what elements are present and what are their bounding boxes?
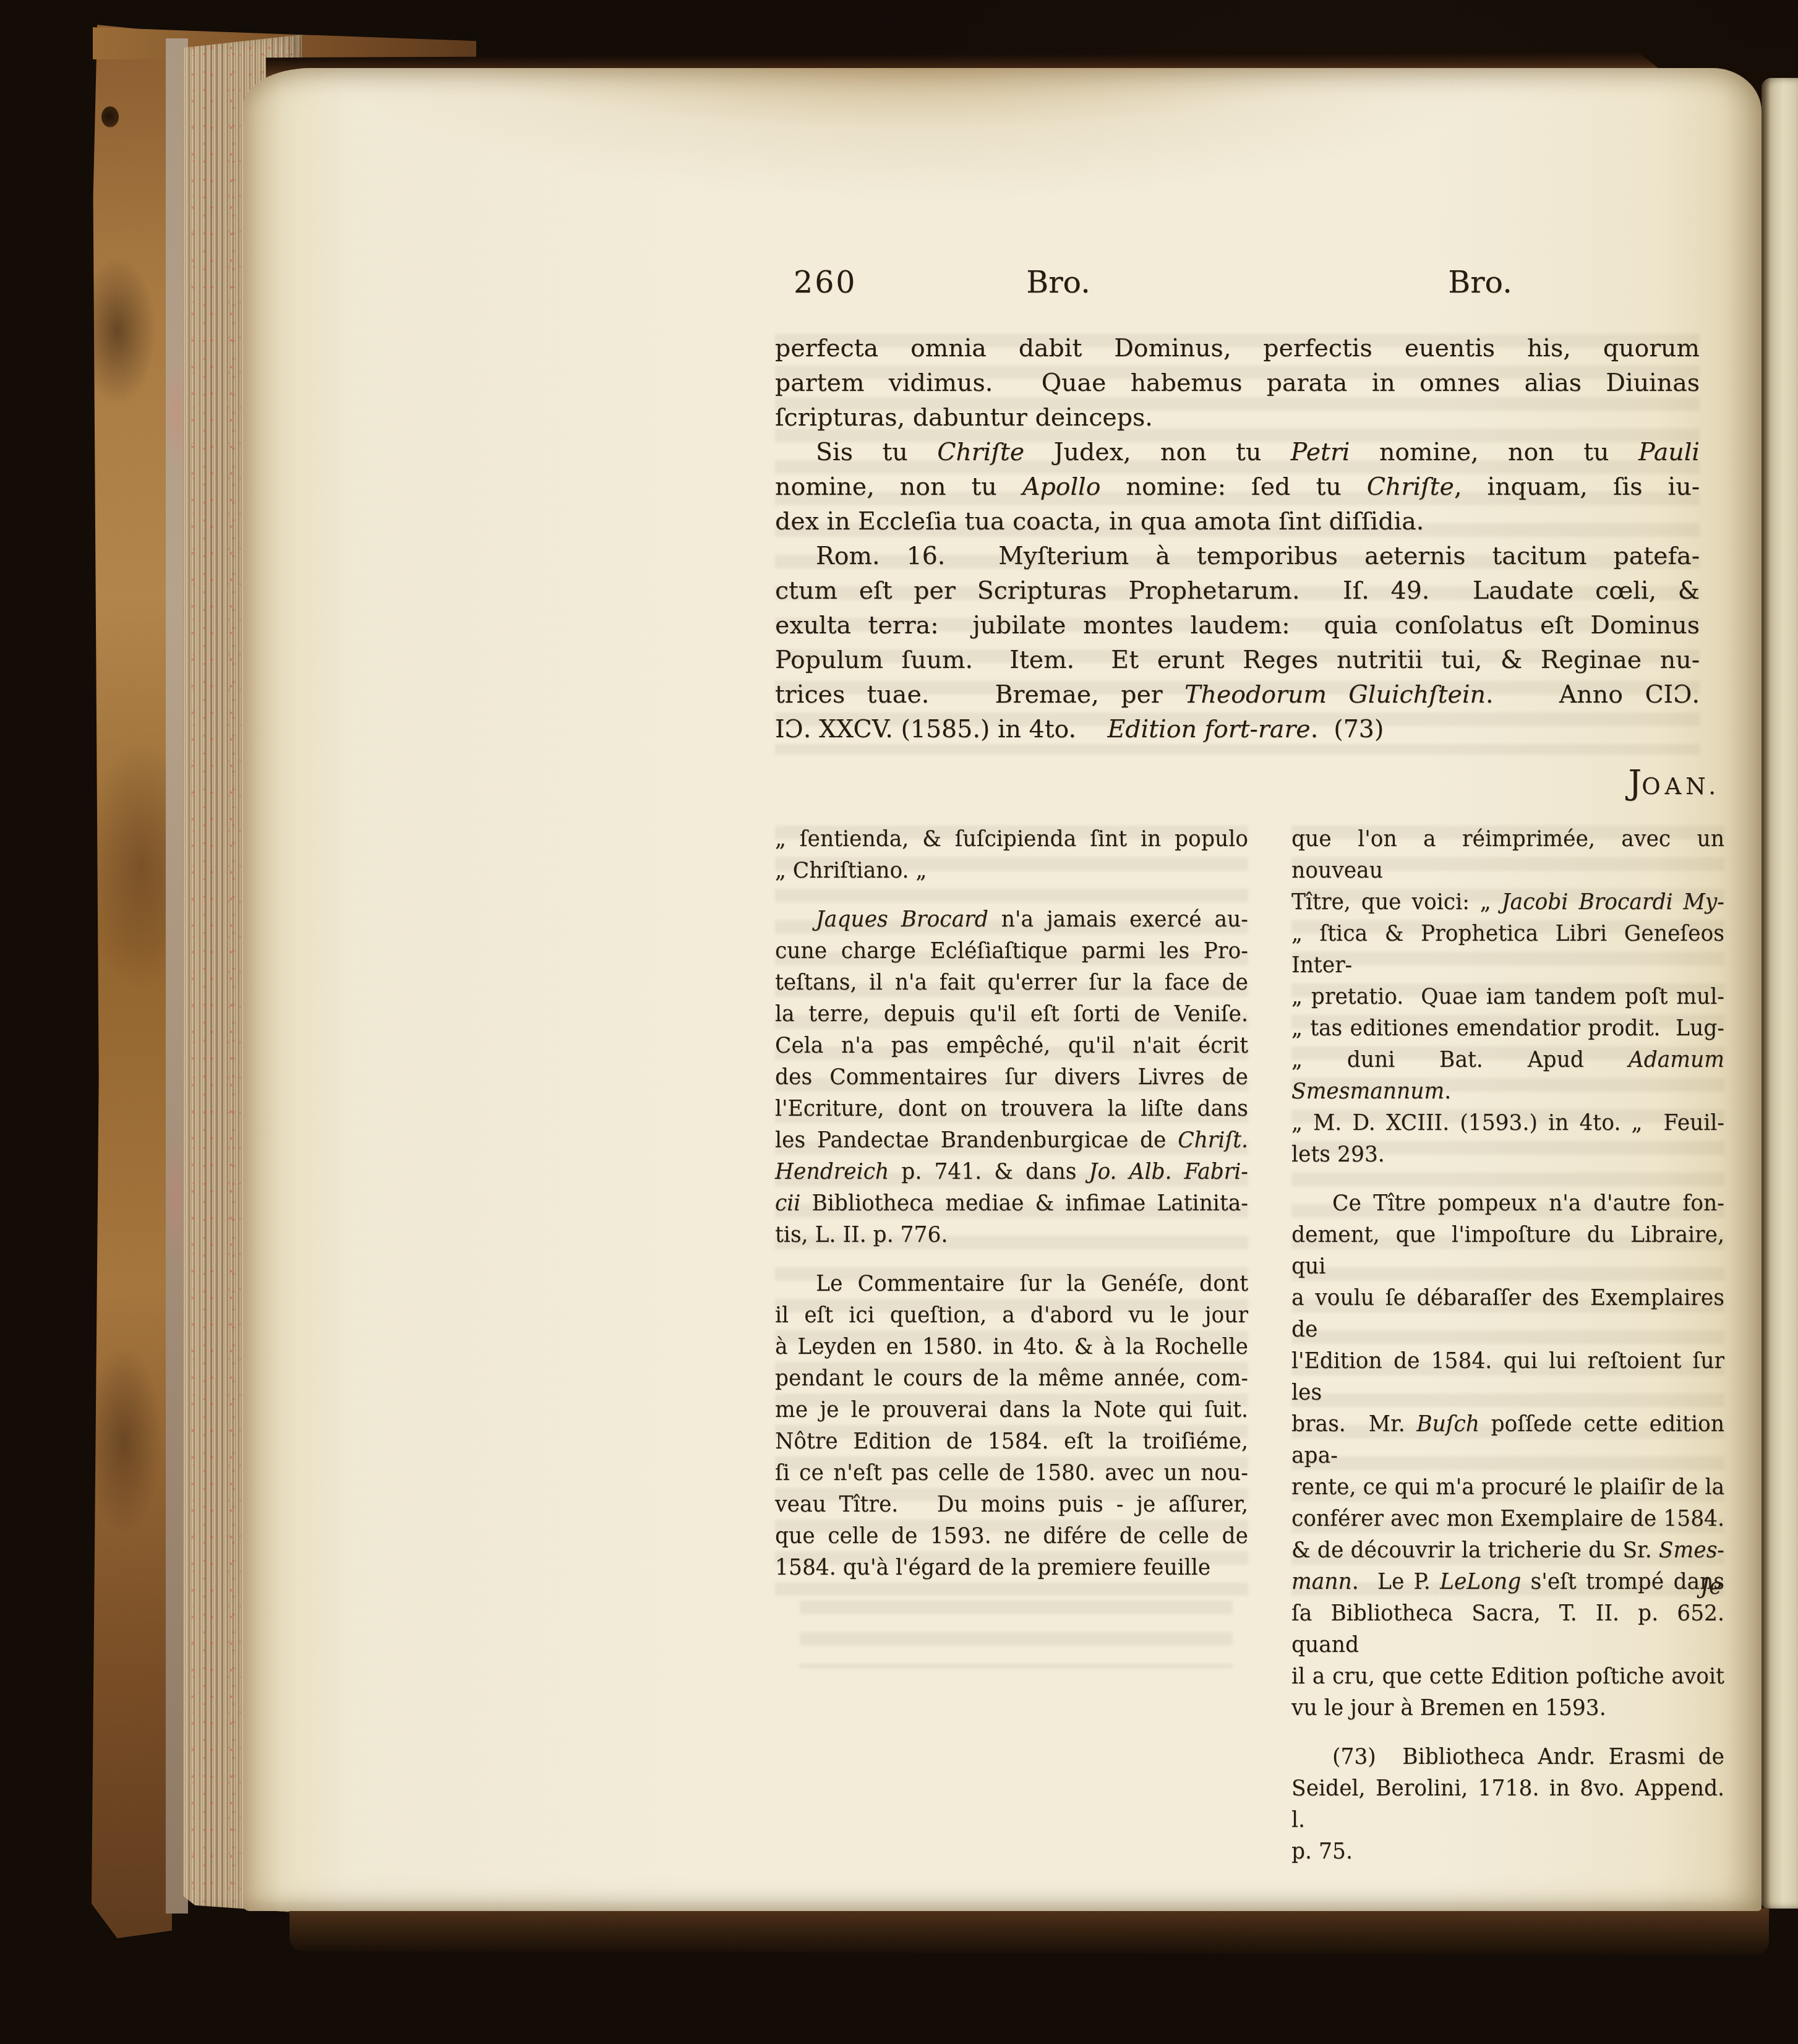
paragraph: Ce Tître pompeux n'a d'autre fon-dement,… <box>1291 1188 1724 1724</box>
text-segment: perfecta omnia dabit Dominus, perfectis … <box>775 334 1700 362</box>
text-segment: lets 293. <box>1291 1142 1385 1167</box>
text-line: „ duni Bat. Apud Adamum Smesmannum. <box>1291 1045 1724 1108</box>
text-line: vu le jour à Bremen en 1593. <box>1291 1693 1724 1724</box>
text-line: nomine, non tu Apollo nomine: ſed tu Chr… <box>775 469 1700 504</box>
text-segment: Jacobi Brocardi My- <box>1502 890 1724 915</box>
text-line: (73) Bibliotheca Andr. Erasmi de <box>1291 1742 1724 1773</box>
text-line: Le Commentaire ſur la Genéſe, dont <box>775 1268 1248 1300</box>
text-line: „ ſentienda, & ſuſcipienda ſint in popul… <box>775 824 1248 855</box>
text-segment: a voulu ſe débaraſſer des Exemplaires de <box>1291 1286 1724 1342</box>
text-segment: Rom. 16. Myſterium à temporibus aeternis… <box>816 542 1700 570</box>
text-line: partem vidimus. Quae habemus parata in o… <box>775 366 1700 400</box>
text-line: Nôtre Edition de 1584. eſt la troiſiéme, <box>775 1426 1248 1458</box>
text-segment: cune charge Ecléſiaſtique parmi les Pro- <box>775 939 1248 964</box>
text-line: „ pretatio. Quae iam tandem poſt mul- <box>1291 981 1724 1013</box>
next-entry-heading: JOAN. <box>775 763 1720 802</box>
text-line: 1584. qu'à l'égard de la premiere feuill… <box>775 1552 1248 1584</box>
text-segment: la terre, depuis qu'il eſt ſorti de Veni… <box>775 1002 1248 1027</box>
text-line: trices tuae. Bremae, per Theodorum Gluic… <box>775 677 1700 712</box>
book-cover-leather-edge <box>92 25 172 1938</box>
text-segment: nomine, non tu <box>1350 438 1638 466</box>
text-segment: ſi ce n'eſt pas celle de 1580. avec un n… <box>775 1461 1248 1486</box>
text-segment: Jo. Alb. Fabri- <box>1089 1160 1248 1184</box>
text-line: „ ſtica & Prophetica Libri Geneſeos Inte… <box>1291 918 1724 981</box>
text-line: l'Ecriture, dont on trouvera la liſte da… <box>775 1093 1248 1125</box>
text-segment: Bibliotheca mediae & infimae Latinita- <box>800 1191 1248 1216</box>
text-segment: Judex, non tu <box>1024 438 1291 466</box>
text-segment: , inquam, ſis iu- <box>1454 473 1700 501</box>
text-line: Rom. 16. Myſterium à temporibus aeternis… <box>775 539 1700 573</box>
text-line: les Pandectae Brandenburgicae de Chriſt. <box>775 1125 1248 1157</box>
text-segment: bras. Mr. <box>1291 1412 1416 1437</box>
text-segment: il a cru, que cette Edition poſtiche avo… <box>1291 1664 1724 1689</box>
text-segment: cii <box>775 1191 800 1216</box>
text-segment: conférer avec mon Exemplaire de 1584. <box>1291 1507 1724 1531</box>
catchword: Je <box>1291 1575 1722 1599</box>
text-segment: „ ſentienda, & ſuſcipienda ſint in popul… <box>775 827 1248 852</box>
text-line: Seidel, Berolini, 1718. in 8vo. Append. … <box>1291 1773 1724 1836</box>
text-segment: trices tuae. Bremae, per <box>775 680 1184 709</box>
text-line: ſi ce n'eſt pas celle de 1580. avec un n… <box>775 1458 1248 1489</box>
text-line: perfecta omnia dabit Dominus, perfectis … <box>775 331 1700 366</box>
text-line: cii Bibliotheca mediae & infimae Latinit… <box>775 1188 1248 1220</box>
page-header: 260 Bro. Bro. <box>775 265 1727 304</box>
text-line: ctum eſt per Scripturas Prophetarum. Iſ.… <box>775 573 1700 608</box>
text-segment: Seidel, Berolini, 1718. in 8vo. Append. … <box>1291 1776 1724 1832</box>
text-segment: teſtans, il n'a fait qu'errer ſur la fac… <box>775 970 1248 995</box>
text-line: des Commentaires ſur divers Livres de <box>775 1062 1248 1093</box>
text-line: Sis tu Chriſte Judex, non tu Petri nomin… <box>775 435 1700 469</box>
text-segment: exulta terra: jubilate montes laudem: qu… <box>775 611 1700 639</box>
text-line: pendant le cours de la même année, com- <box>775 1363 1248 1395</box>
text-segment: dex in Eccleſia tua coacta, in qua amota… <box>775 507 1424 536</box>
text-line: lets 293. <box>1291 1139 1724 1171</box>
text-line: Tître, que voici: „ Jacobi Brocardi My- <box>1291 887 1724 918</box>
text-line: tis, L. II. p. 776. <box>775 1220 1248 1251</box>
book-bottom-edge <box>289 1904 1769 1955</box>
text-line: exulta terra: jubilate montes laudem: qu… <box>775 608 1700 643</box>
text-segment: . <box>1444 1079 1451 1104</box>
text-line: ſa Bibliotheca Sacra, T. II. p. 652. qua… <box>1291 1598 1724 1661</box>
text-line: dement, que l'impoſture du Libraire, qui <box>1291 1220 1724 1283</box>
text-segment: des Commentaires ſur divers Livres de <box>775 1065 1248 1090</box>
text-line: la terre, depuis qu'il eſt ſorti de Veni… <box>775 999 1248 1030</box>
paragraph: „ ſentienda, & ſuſcipienda ſint in popul… <box>775 824 1248 887</box>
text-line: cune charge Ecléſiaſtique parmi les Pro- <box>775 936 1248 967</box>
text-line: que celle de 1593. ne difére de celle de <box>775 1521 1248 1552</box>
text-segment: rente, ce qui m'a procuré le plaiſir de … <box>1291 1475 1724 1500</box>
text-segment: p. 75. <box>1291 1839 1353 1864</box>
text-segment: 1584. qu'à l'égard de la premiere feuill… <box>775 1555 1210 1580</box>
text-line: Populum ſuum. Item. Et erunt Reges nutri… <box>775 643 1700 677</box>
text-segment: „ ſtica & Prophetica Libri Geneſeos Inte… <box>1291 922 1724 978</box>
text-segment: que celle de 1593. ne difére de celle de <box>775 1524 1248 1549</box>
paragraph: que l'on a réimprimée, avec un nouveauTî… <box>1291 824 1724 1171</box>
text-segment: vu le jour à Bremen en 1593. <box>1291 1696 1606 1721</box>
text-segment: l'Edition de 1584. qui lui reſtoient ſur… <box>1291 1349 1724 1405</box>
text-line: „ tas editiones emendatior prodit. Lug- <box>1291 1013 1724 1045</box>
text-segment: à Leyden en 1580. in 4to. & à la Rochell… <box>775 1335 1248 1359</box>
text-line: il eſt ici queſtion, a d'abord vu le jou… <box>775 1300 1248 1332</box>
text-segment: . Anno CIƆ. <box>1486 680 1700 709</box>
text-segment: „ M. D. XCIII. (1593.) in 4to. „ Feuil- <box>1291 1111 1724 1135</box>
text-segment: nomine: ſed tu <box>1101 473 1367 501</box>
text-line: bras. Mr. Buſch poſſede cette edition ap… <box>1291 1409 1724 1472</box>
text-segment: Theodorum Gluichſtein <box>1184 680 1486 709</box>
text-segment: Pauli <box>1638 438 1700 466</box>
text-segment: Chriſt. <box>1178 1128 1248 1153</box>
text-segment: IƆ. XXCV. (1585.) in 4to. <box>775 715 1107 743</box>
text-line: ſcripturas, dabuntur deinceps. <box>775 400 1700 435</box>
text-segment: partem vidimus. Quae habemus parata in o… <box>775 369 1700 397</box>
text-segment: ſcripturas, dabuntur deinceps. <box>775 403 1153 432</box>
text-segment: ſa Bibliotheca Sacra, T. II. p. 652. qua… <box>1291 1601 1724 1657</box>
text-segment: Sis tu <box>816 438 937 466</box>
text-segment: dement, que l'impoſture du Libraire, qui <box>1291 1223 1724 1279</box>
text-line: il a cru, que cette Edition poſtiche avo… <box>1291 1661 1724 1693</box>
text-segment: nomine, non tu <box>775 473 1022 501</box>
text-line: veau Tître. Du moins puis - je aſſurer, <box>775 1489 1248 1521</box>
text-line: p. 75. <box>1291 1836 1724 1868</box>
text-segment: veau Tître. Du moins puis - je aſſurer, <box>775 1492 1248 1517</box>
text-line: rente, ce qui m'a procuré le plaiſir de … <box>1291 1472 1724 1503</box>
text-segment: „ Chriſtiano. „ <box>775 858 927 883</box>
book-photo: 260 Bro. Bro. perfecta omnia dabit Domin… <box>0 0 1798 2044</box>
text-segment: l'Ecriture, dont on trouvera la liſte da… <box>775 1097 1248 1121</box>
text-segment: Nôtre Edition de 1584. eſt la troiſiéme, <box>775 1429 1248 1454</box>
text-segment: que l'on a réimprimée, avec un nouveau <box>1291 827 1724 883</box>
text-segment: „ duni Bat. Apud <box>1291 1048 1629 1072</box>
text-segment: Smes- <box>1659 1538 1724 1563</box>
text-segment: Petri <box>1291 438 1350 466</box>
text-segment: Chriſte <box>937 438 1024 466</box>
running-title-right: Bro. <box>1448 265 1512 300</box>
text-segment: Ce Tître pompeux n'a d'autre fon- <box>1332 1191 1724 1216</box>
leather-wear-spot <box>101 106 119 127</box>
text-segment: Jaques Brocard <box>816 907 988 932</box>
text-segment: (73) Bibliotheca Andr. Erasmi de <box>1332 1745 1724 1769</box>
text-segment: Tître, que voici: „ <box>1291 890 1502 915</box>
text-segment: n'a jamais exercé au- <box>988 907 1248 932</box>
text-column-left: „ ſentienda, & ſuſcipienda ſint in popul… <box>775 824 1248 1601</box>
text-line: Ce Tître pompeux n'a d'autre fon- <box>1291 1188 1724 1220</box>
running-title-center: Bro. <box>1026 265 1090 300</box>
text-segment: p. 741. & dans <box>889 1160 1089 1184</box>
text-segment: Chriſte <box>1367 473 1454 501</box>
text-segment: les Pandectae Brandenburgicae de <box>775 1128 1178 1153</box>
text-segment: „ pretatio. Quae iam tandem poſt mul- <box>1291 985 1724 1009</box>
text-line: Hendreich p. 741. & dans Jo. Alb. Fabri- <box>775 1157 1248 1188</box>
text-segment: Hendreich <box>775 1160 889 1184</box>
text-line: à Leyden en 1580. in 4to. & à la Rochell… <box>775 1332 1248 1363</box>
text-line: dex in Eccleſia tua coacta, in qua amota… <box>775 504 1700 539</box>
paragraph: Jaques Brocard n'a jamais exercé au-cune… <box>775 904 1248 1251</box>
text-segment: Cela n'a pas empêché, qu'il n'ait écrit <box>775 1033 1248 1058</box>
printed-text-area: 260 Bro. Bro. perfecta omnia dabit Domin… <box>775 68 1727 1911</box>
text-segment: me je le prouverai dans la Note qui ſuit… <box>775 1398 1248 1422</box>
text-line: conférer avec mon Exemplaire de 1584. <box>1291 1503 1724 1535</box>
paragraph: Le Commentaire ſur la Genéſe, dontil eſt… <box>775 1268 1248 1584</box>
text-column-right: que l'on a réimprimée, avec un nouveauTî… <box>1291 824 1724 1885</box>
text-segment: Populum ſuum. Item. Et erunt Reges nutri… <box>775 646 1700 674</box>
text-segment: & de découvrir la tricherie du Sr. <box>1291 1538 1659 1563</box>
text-segment: Buſch <box>1416 1412 1479 1437</box>
text-line: me je le prouverai dans la Note qui ſuit… <box>775 1395 1248 1426</box>
text-line: „ M. D. XCIII. (1593.) in 4to. „ Feuil- <box>1291 1108 1724 1139</box>
text-line: l'Edition de 1584. qui lui reſtoient ſur… <box>1291 1346 1724 1409</box>
text-segment: Le Commentaire ſur la Genéſe, dont <box>816 1272 1248 1296</box>
text-line: Cela n'a pas empêché, qu'il n'ait écrit <box>775 1030 1248 1062</box>
full-width-paragraphs: perfecta omnia dabit Dominus, perfectis … <box>775 331 1700 746</box>
text-segment: Apollo <box>1022 473 1101 501</box>
text-line: que l'on a réimprimée, avec un nouveau <box>1291 824 1724 887</box>
text-line: Jaques Brocard n'a jamais exercé au- <box>775 904 1248 936</box>
text-segment: ctum eſt per Scripturas Prophetarum. Iſ.… <box>775 576 1700 605</box>
text-segment: tis, L. II. p. 776. <box>775 1223 948 1247</box>
next-entry-heading-initial: J <box>1629 763 1642 802</box>
text-segment: il eſt ici queſtion, a d'abord vu le jou… <box>775 1303 1248 1328</box>
text-segment: pendant le cours de la même année, com- <box>775 1366 1248 1391</box>
paragraph: (73) Bibliotheca Andr. Erasmi deSeidel, … <box>1291 1742 1724 1868</box>
text-line: IƆ. XXCV. (1585.) in 4to. Edition fort-r… <box>775 712 1700 746</box>
next-entry-heading-rest: OAN. <box>1642 773 1720 800</box>
text-segment: Edition fort-rare <box>1107 715 1310 743</box>
text-line: a voulu ſe débaraſſer des Exemplaires de <box>1291 1283 1724 1346</box>
text-segment: . (73) <box>1311 715 1384 743</box>
page-number: 260 <box>794 265 857 300</box>
text-line: & de découvrir la tricherie du Sr. Smes- <box>1291 1535 1724 1567</box>
showthrough-texture <box>800 1601 1233 1669</box>
book-page: 260 Bro. Bro. perfecta omnia dabit Domin… <box>243 68 1762 1911</box>
text-line: teſtans, il n'a fait qu'errer ſur la fac… <box>775 967 1248 999</box>
text-segment: „ tas editiones emendatior prodit. Lug- <box>1291 1016 1724 1041</box>
adjacent-page-edge <box>1762 78 1798 1909</box>
text-line: „ Chriſtiano. „ <box>775 855 1248 887</box>
